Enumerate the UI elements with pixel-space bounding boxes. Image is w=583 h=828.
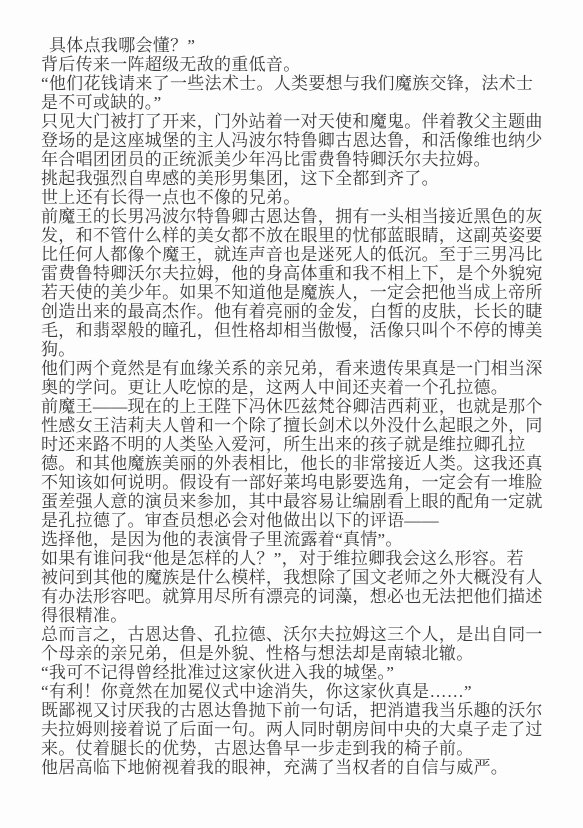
text-line: 背后传来一阵超级无敌的重低音。	[41, 55, 555, 74]
novel-page: 具体点我哪会懂？”背后传来一阵超级无敌的重低音。“他们花钱请来了一些法术士。人类…	[0, 0, 583, 828]
text-line: 是不可或缺的。”	[41, 93, 555, 112]
text-line: 前魔王——现在的上王陛下冯休匹兹梵谷卿洁西莉亚，也就是那个	[41, 397, 555, 416]
text-line: 只见大门被打了开来，门外站着一对天使和魔鬼。伴着教父主题曲	[41, 112, 555, 131]
text-line: 狗。	[41, 340, 555, 359]
text-line: 既鄙视又讨厌我的古恩达鲁抛下前一句话，把消遣我当乐趣的沃尔	[41, 701, 555, 720]
text-line: “我可不记得曾经批准过这家伙进入我的城堡。”	[41, 663, 555, 682]
text-line: 夫拉姆则接着说了后面一句。两人同时朝房间中央的大桌子走了过	[41, 720, 555, 739]
text-line: 德。和其他魔族美丽的外表相比，他长的非常接近人类。这我还真	[41, 454, 555, 473]
text-line: 他们两个竟然是有血缘关系的亲兄弟，看来遗传果真是一门相当深	[41, 359, 555, 378]
text-line: 创造出来的最高杰作。他有着亮丽的金发，白皙的皮肤，长长的睫	[41, 302, 555, 321]
text-line: 比任何人都像个魔王，就连声音也是迷死人的低沉。至于三男冯比	[41, 245, 555, 264]
text-line: “有利！你竟然在加冕仪式中途消失，你这家伙真是……”	[41, 682, 555, 701]
text-line: 选择他，是因为他的表演骨子里流露着“真情”。	[41, 530, 555, 549]
text-line: 不知该如何说明。假设有一部好莱坞电影要选角，一定会有一堆脸	[41, 473, 555, 492]
text-line: 有办法形容吧。就算用尽所有漂亮的词藻，想必也无法把他们描述	[41, 587, 555, 606]
text-line: 具体点我哪会懂？”	[41, 36, 555, 55]
text-line: 来。仗着腿长的优势，古恩达鲁早一步走到我的椅子前。	[41, 739, 555, 758]
text-line: 他居高临下地俯视着我的眼神，充满了当权者的自信与威严。	[41, 758, 555, 777]
text-line: 登场的是这座城堡的主人冯波尔特鲁卿古恩达鲁，和活像维也纳少	[41, 131, 555, 150]
text-line: “他们花钱请来了一些法术士。人类要想与我们魔族交锋，法术士	[41, 74, 555, 93]
text-line: 是孔拉德了。审查员想必会对他做出以下的评语——	[41, 511, 555, 530]
text-line: 年合唱团团员的正统派美少年冯比雷费鲁特卿沃尔夫拉姆。	[41, 150, 555, 169]
text-line: 发，和不管什么样的美女都不放在眼里的忧郁蓝眼睛，这副英姿要	[41, 226, 555, 245]
text-line: 世上还有长得一点也不像的兄弟。	[41, 188, 555, 207]
text-line: 蛋差强人意的演员来参加，其中最容易让编剧看上眼的配角一定就	[41, 492, 555, 511]
text-line: 毛，和翡翠般的瞳孔，但性格却相当傲慢，活像只叫个不停的博美	[41, 321, 555, 340]
text-line: 前魔王的长男冯波尔特鲁卿古恩达鲁，拥有一头相当接近黑色的灰	[41, 207, 555, 226]
text-line: 被问到其他的魔族是什么模样，我想除了国文老师之外大概没有人	[41, 568, 555, 587]
text-line: 总而言之，古恩达鲁、孔拉德、沃尔夫拉姆这三个人，是出自同一	[41, 625, 555, 644]
text-line: 得很精准。	[41, 606, 555, 625]
text-line: 雷费鲁特卿沃尔夫拉姆，他的身高体重和我不相上下，是个外貌宛	[41, 264, 555, 283]
text-line: 若天使的美少年。如果不知道他是魔族人，一定会把他当成上帝所	[41, 283, 555, 302]
text-line: 个母亲的亲兄弟，但是外貌、性格与想法却是南辕北辙。	[41, 644, 555, 663]
text-line: 挑起我强烈自卑感的美形男集团，这下全都到齐了。	[41, 169, 555, 188]
text-line: 时还来路不明的人类坠入爱河，所生出来的孩子就是维拉卿孔拉	[41, 435, 555, 454]
text-line: 如果有谁问我“他是怎样的人？”，对于维拉卿我会这么形容。若	[41, 549, 555, 568]
text-line: 奥的学问。更让人吃惊的是，这两人中间还夹着一个孔拉德。	[41, 378, 555, 397]
text-block: 具体点我哪会懂？”背后传来一阵超级无敌的重低音。“他们花钱请来了一些法术士。人类…	[41, 36, 555, 777]
text-line: 性感女王洁莉夫人曾和一个除了擅长剑术以外没什么起眼之外，同	[41, 416, 555, 435]
